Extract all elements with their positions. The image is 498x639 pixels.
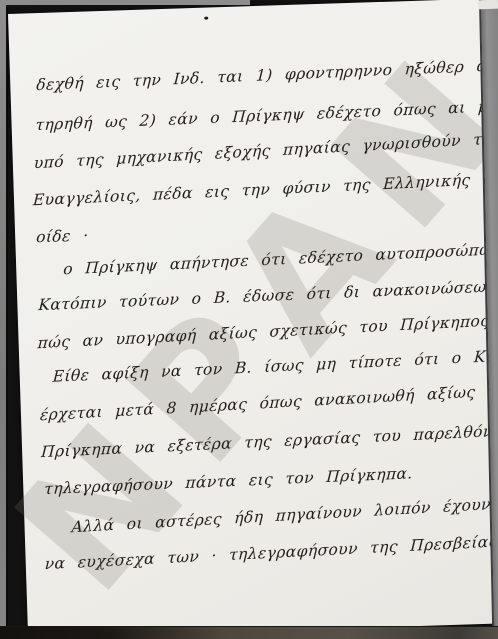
scanned-letter-page: ΝΡΑΝ δεχθή εις την Ινδ. ται 1) φροντηρην… (0, 0, 498, 639)
scanner-background-bottom (0, 626, 498, 639)
scanner-background-top (0, 0, 250, 5)
letter-paper: ΝΡΑΝ δεχθή εις την Ινδ. ται 1) φροντηρην… (8, 0, 498, 639)
scanner-background-left (0, 0, 8, 639)
ink-dot (204, 17, 208, 20)
underlying-sheet-corner (478, 0, 498, 9)
handwriting-line: οίδε · (36, 226, 90, 246)
